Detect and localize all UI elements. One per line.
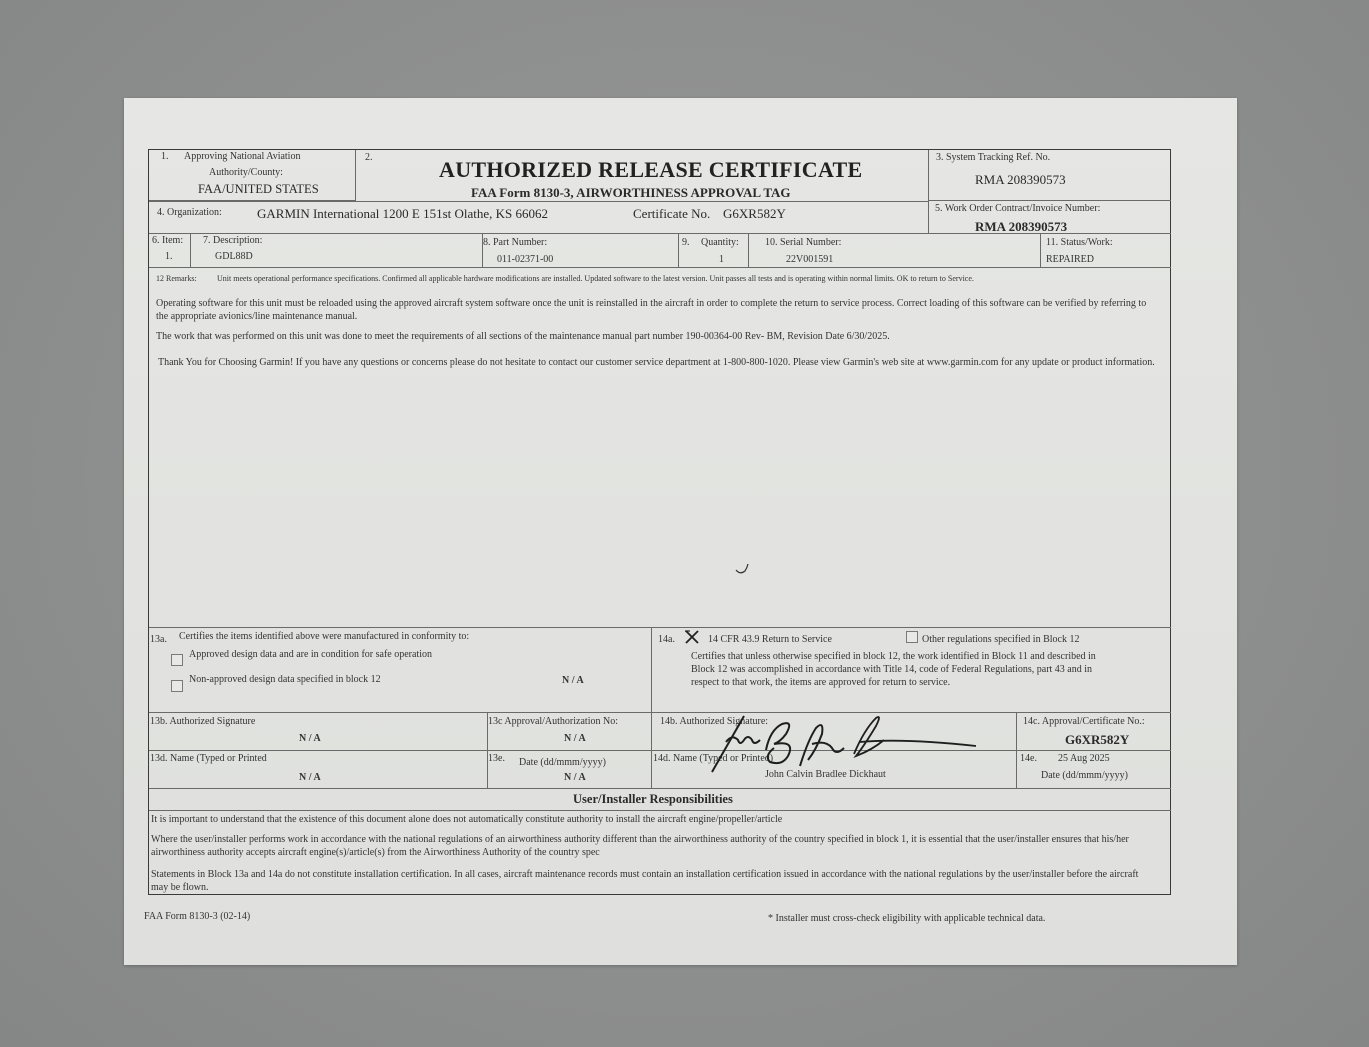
block-13e-sublabel: Date (dd/mmm/yyyy) bbox=[519, 757, 606, 768]
responsibilities-paragraph-3: Statements in Block 13a and 14a do not c… bbox=[151, 868, 1141, 894]
block-13c-label: 13c Approval/Authorization No: bbox=[488, 716, 618, 727]
block-4-label: 4. Organization: bbox=[157, 207, 222, 218]
block-13e-label: 13e. bbox=[488, 753, 505, 764]
block-3-label: 3. System Tracking Ref. No. bbox=[936, 152, 1050, 163]
part-number-value: 011-02371-00 bbox=[497, 254, 553, 265]
item-value: 1. bbox=[165, 251, 173, 262]
block-5: 5. Work Order Contract/Invoice Number: R… bbox=[929, 201, 1171, 234]
block-13c: 13c Approval/Authorization No: N / A bbox=[488, 713, 652, 751]
block-3: 3. System Tracking Ref. No. RMA 20839057… bbox=[929, 150, 1171, 201]
responsibilities-heading-row: User/Installer Responsibilities bbox=[149, 789, 1171, 811]
block-13a-label: 13a. bbox=[150, 634, 167, 645]
approved-design-checkbox[interactable] bbox=[171, 654, 183, 666]
responsibilities-body: It is important to understand that the e… bbox=[149, 811, 1171, 895]
block-14a-label: 14a. bbox=[658, 634, 675, 645]
block-13a: 13a. Certifies the items identified abov… bbox=[149, 628, 652, 713]
block-14a-statement: Certifies that unless otherwise specifie… bbox=[691, 650, 1111, 689]
description-label: 7. Description: bbox=[203, 235, 262, 246]
remarks-label: 12 Remarks: bbox=[156, 274, 197, 284]
block-14c: 14c. Approval/Certificate No.: G6XR582Y bbox=[1017, 713, 1171, 751]
block-13d: 13d. Name (Typed or Printed N / A bbox=[149, 751, 488, 789]
block-14e-sublabel: Date (dd/mmm/yyyy) bbox=[1041, 770, 1128, 781]
certificate-paper: 1. Approving National Aviation Authority… bbox=[124, 98, 1237, 965]
responsibilities-paragraph-2: Where the user/installer performs work i… bbox=[151, 833, 1141, 859]
status-label: 11. Status/Work: bbox=[1046, 237, 1113, 248]
quantity-value: 1 bbox=[719, 254, 724, 265]
responsibilities-paragraph-1: It is important to understand that the e… bbox=[151, 813, 1151, 826]
responsibilities-heading: User/Installer Responsibilities bbox=[573, 792, 733, 807]
release-date: 25 Aug 2025 bbox=[1058, 753, 1110, 764]
block-10-serial-number: 10. Serial Number: 22V001591 bbox=[749, 234, 1041, 268]
block-13a-value: N / A bbox=[562, 675, 584, 686]
pen-mark bbox=[734, 562, 754, 576]
work-order-number: RMA 208390573 bbox=[975, 219, 1067, 235]
block-13b: 13b. Authorized Signature N / A bbox=[149, 713, 488, 751]
checked-x-icon[interactable] bbox=[684, 630, 700, 644]
serial-number-label: 10. Serial Number: bbox=[765, 237, 841, 248]
status-value: REPAIRED bbox=[1046, 254, 1094, 265]
block-4: 4. Organization: GARMIN International 12… bbox=[149, 201, 929, 234]
quantity-label-num: 9. bbox=[682, 237, 690, 248]
block-13e-value: N / A bbox=[564, 772, 586, 783]
block-1-label-line2: Authority/County: bbox=[209, 167, 283, 178]
block-14e: 14e. 25 Aug 2025 Date (dd/mmm/yyyy) bbox=[1017, 751, 1171, 789]
block-13d-value: N / A bbox=[299, 772, 321, 783]
block-2-number: 2. bbox=[365, 152, 373, 163]
document-subtitle: FAA Form 8130-3, AIRWORTHINESS APPROVAL … bbox=[471, 185, 791, 201]
block-13b-value: N / A bbox=[299, 733, 321, 744]
non-approved-design-checkbox[interactable] bbox=[171, 680, 183, 692]
block-11-status: 11. Status/Work: REPAIRED bbox=[1041, 234, 1171, 268]
part-number-label: 8. Part Number: bbox=[483, 237, 547, 248]
block-5-label: 5. Work Order Contract/Invoice Number: bbox=[935, 203, 1100, 214]
organization-value: GARMIN International 1200 E 151st Olathe… bbox=[257, 206, 548, 222]
approved-design-label: Approved design data and are in conditio… bbox=[189, 649, 432, 660]
block-13d-label: 13d. Name (Typed or Printed bbox=[150, 753, 267, 764]
block-12-remarks: 12 Remarks: Unit meets operational perfo… bbox=[149, 268, 1171, 628]
other-regulations-label: Other regulations specified in Block 12 bbox=[922, 634, 1079, 645]
block-6-item: 6. Item: 1. bbox=[149, 234, 191, 268]
description-value: GDL88D bbox=[215, 251, 253, 262]
block-13e: 13e. Date (dd/mmm/yyyy) N / A bbox=[488, 751, 652, 789]
block-14c-label: 14c. Approval/Certificate No.: bbox=[1023, 716, 1145, 727]
block-1-number: 1. bbox=[161, 151, 169, 162]
form-revision: FAA Form 8130-3 (02-14) bbox=[144, 911, 250, 922]
block-14e-label: 14e. bbox=[1020, 753, 1037, 764]
certificate-number: G6XR582Y bbox=[723, 206, 786, 222]
document-title: AUTHORIZED RELEASE CERTIFICATE bbox=[439, 157, 862, 183]
approving-authority: FAA/UNITED STATES bbox=[198, 182, 319, 197]
system-tracking-ref: RMA 208390573 bbox=[975, 172, 1066, 188]
block-14a: 14a. 14 CFR 43.9 Return to Service Other… bbox=[652, 628, 1171, 713]
serial-number-value: 22V001591 bbox=[786, 254, 833, 265]
block-1: 1. Approving National Aviation Authority… bbox=[149, 150, 356, 201]
remarks-line-3: The work that was performed on this unit… bbox=[156, 330, 1156, 343]
block-13b-label: 13b. Authorized Signature bbox=[150, 716, 255, 727]
quantity-label: Quantity: bbox=[701, 237, 739, 248]
certificate-label: Certificate No. bbox=[633, 206, 710, 222]
block-9-quantity: 9. Quantity: 1 bbox=[679, 234, 749, 268]
block-13c-value: N / A bbox=[564, 733, 586, 744]
block-13a-intro: Certifies the items identified above wer… bbox=[179, 631, 469, 642]
item-label: 6. Item: bbox=[152, 235, 183, 246]
block-2: 2. AUTHORIZED RELEASE CERTIFICATE FAA Fo… bbox=[356, 150, 929, 201]
form-8130-3: 1. Approving National Aviation Authority… bbox=[148, 149, 1171, 895]
approval-certificate-number: G6XR582Y bbox=[1065, 732, 1129, 748]
block-7-description: 7. Description: GDL88D bbox=[191, 234, 483, 268]
installer-note: * Installer must cross-check eligibility… bbox=[768, 913, 1045, 924]
remarks-line-4: Thank You for Choosing Garmin! If you ha… bbox=[158, 356, 1163, 369]
authorized-signature bbox=[704, 710, 989, 780]
block-1-label-line1: Approving National Aviation bbox=[184, 151, 300, 162]
remarks-line-1: Unit meets operational performance speci… bbox=[217, 274, 974, 284]
block-8-part-number: 8. Part Number: 011-02371-00 bbox=[483, 234, 679, 268]
return-to-service-label: 14 CFR 43.9 Return to Service bbox=[708, 634, 832, 645]
other-regulations-checkbox[interactable] bbox=[906, 631, 918, 643]
remarks-line-2: Operating software for this unit must be… bbox=[156, 297, 1156, 323]
non-approved-design-label: Non-approved design data specified in bl… bbox=[189, 674, 381, 685]
